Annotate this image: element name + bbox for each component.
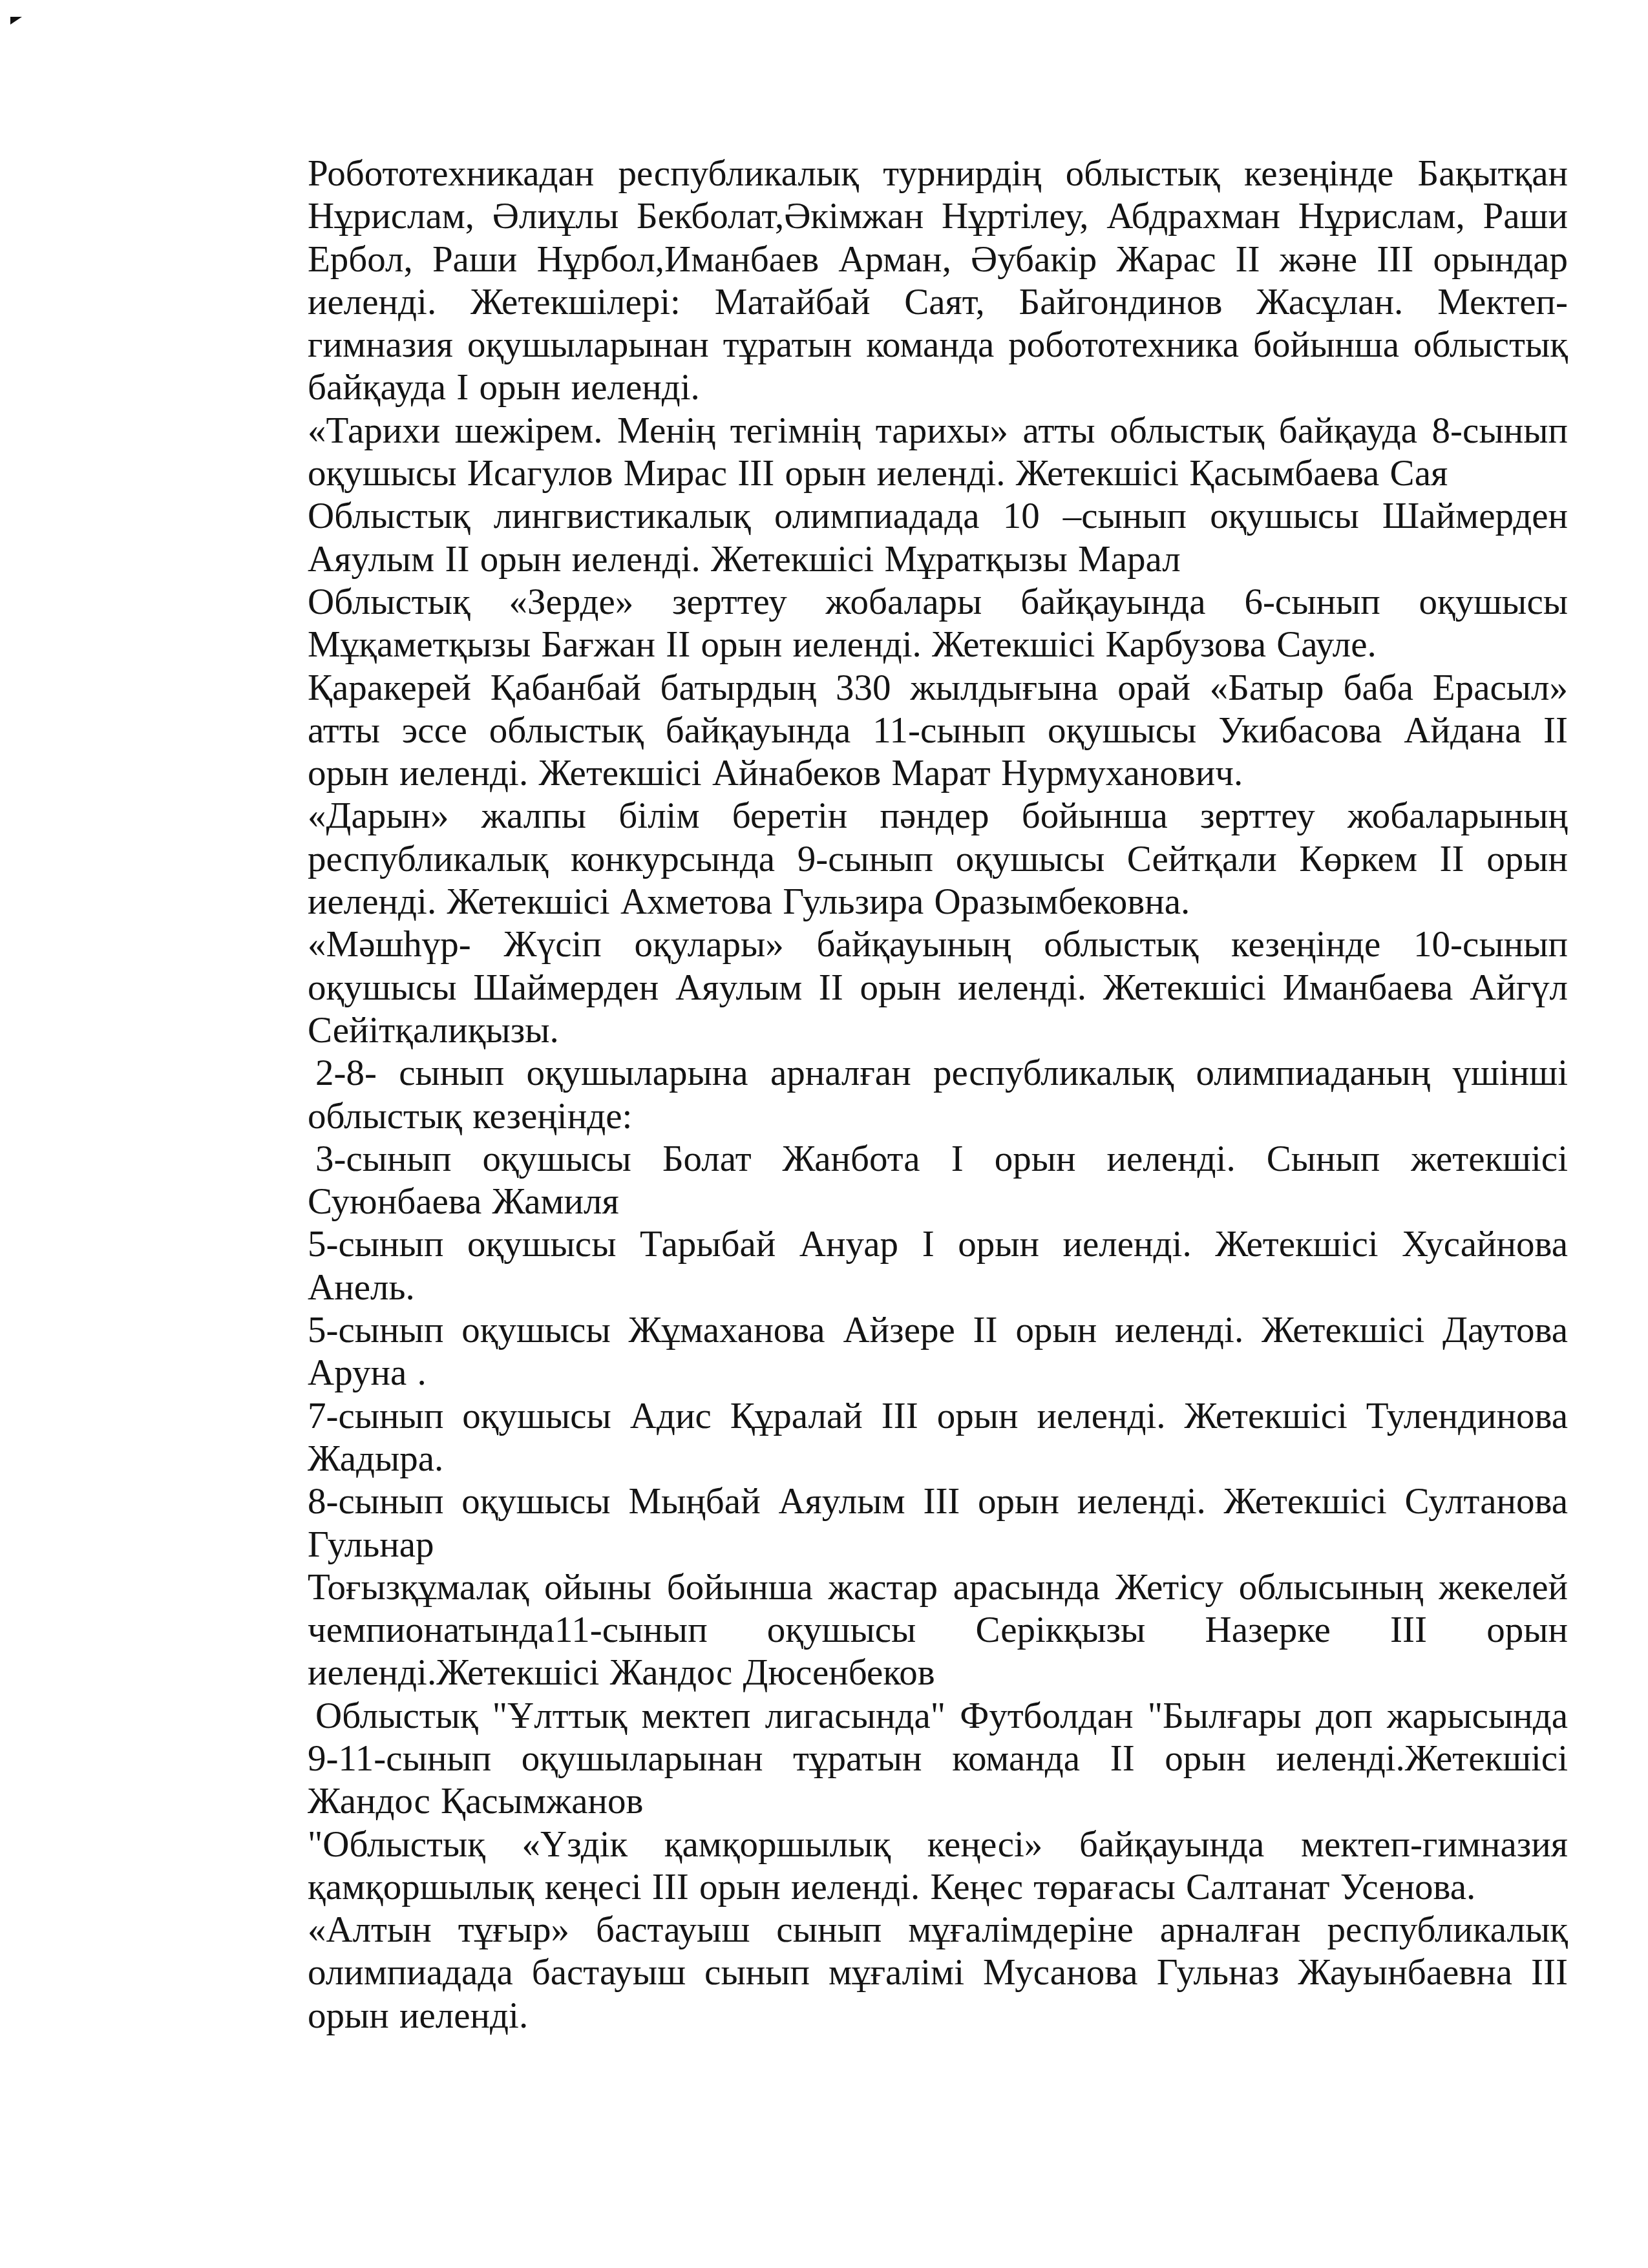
paragraph-linguistics-olympiad: Облыстық лингвистикалық олимпиадада 10 –… bbox=[308, 495, 1568, 581]
paragraph-mashhur-readings: «Мәшһүр- Жүсіп оқулары» байқауының облыс… bbox=[308, 923, 1568, 1052]
paragraph-olympiad-grade5a: 5-сынып оқушысы Тарыбай Ануар I орын иел… bbox=[308, 1223, 1568, 1309]
paragraph-olympiad-grade8: 8-сынып оқушысы Мыңбай Аяулым III орын и… bbox=[308, 1480, 1568, 1566]
paragraph-essay-contest: Қаракерей Қабанбай батырдың 330 жылдығын… bbox=[308, 667, 1568, 795]
paragraph-olympiad-grade7: 7-сынып оқушысы Адис Құралай III орын ие… bbox=[308, 1395, 1568, 1481]
paragraph-olympiad-intro: 2-8- сынып оқушыларына арналған республи… bbox=[308, 1052, 1568, 1138]
paragraph-togyzkumalak: Тоғызқұмалақ ойыны бойынша жастар арасын… bbox=[308, 1566, 1568, 1695]
paragraph-olympiad-grade3: 3-сынып оқушысы Болат Жанбота I орын иел… bbox=[308, 1138, 1568, 1224]
paragraph-robotics: Робототехникадан республикалық турнирдің… bbox=[308, 152, 1568, 410]
paragraph-daryn-contest: «Дарын» жалпы білім беретін пәндер бойын… bbox=[308, 795, 1568, 923]
paragraph-zerde-projects: Облыстық «Зерде» зерттеу жобалары байқау… bbox=[308, 581, 1568, 667]
paragraph-altyn-tugyr: «Алтын тұғыр» бастауыш сынып мұғалімдері… bbox=[308, 1909, 1568, 2037]
scan-corner-mark bbox=[10, 17, 22, 25]
paragraph-olympiad-grade5b: 5-сынып оқушысы Жұмаханова Айзере II оры… bbox=[308, 1309, 1568, 1395]
paragraph-trustees-council: "Облыстық «Үздік қамқоршылық кеңесі» бай… bbox=[308, 1823, 1568, 1909]
document-body: Робототехникадан республикалық турнирдің… bbox=[308, 152, 1568, 2037]
paragraph-history-contest: «Тарихи шежірем. Менің тегімнің тарихы» … bbox=[308, 410, 1568, 496]
paragraph-football-league: Облыстық "Ұлттық мектеп лигасында" Футбо… bbox=[308, 1695, 1568, 1823]
